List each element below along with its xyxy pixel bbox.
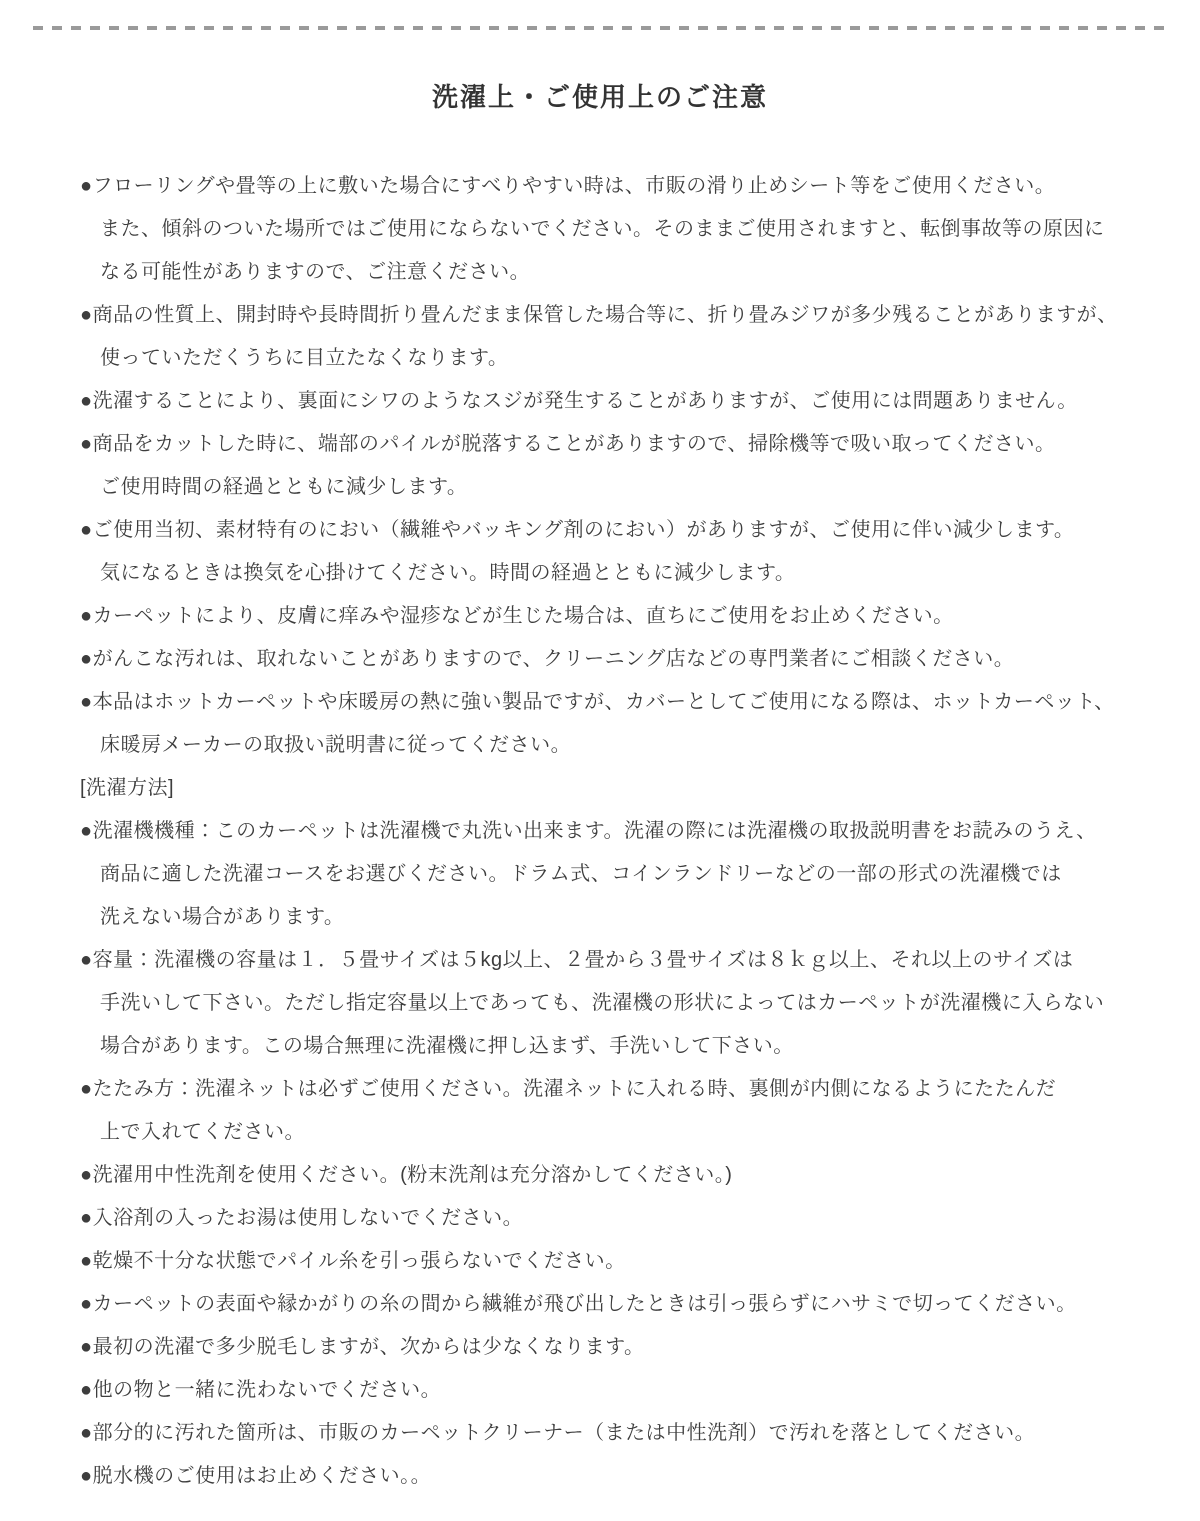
notice-line: ●乾燥不十分な状態でパイル糸を引っ張らないでください。 — [80, 1240, 1170, 1283]
notice-line: ●入浴剤の入ったお湯は使用しないでください。 — [80, 1197, 1170, 1240]
notice-line: また、傾斜のついた場所ではご使用にならないでください。そのままご使用されますと、… — [80, 208, 1170, 251]
notice-line: なる可能性がありますので、ご注意ください。 — [80, 251, 1170, 294]
notice-line: ●洗濯することにより、裏面にシワのようなスジが発生することがありますが、ご使用に… — [80, 380, 1170, 423]
notice-line: ●がんこな汚れは、取れないことがありますので、クリーニング店などの専門業者にご相… — [80, 638, 1170, 681]
notice-line: ●本品はホットカーペットや床暖房の熱に強い製品ですが、カバーとしてご使用になる際… — [80, 681, 1170, 724]
notice-line: 場合があります。この場合無理に洗濯機に押し込まず、手洗いして下さい。 — [80, 1025, 1170, 1068]
notice-line: 使っていただくうちに目立たなくなります。 — [80, 337, 1170, 380]
notice-line: ●容量：洗濯機の容量は１．５畳サイズは５kg以上、２畳から３畳サイズは８ｋｇ以上… — [80, 939, 1170, 982]
notice-line: 上で入れてください。 — [80, 1111, 1170, 1154]
notice-line: ●カーペットにより、皮膚に痒みや湿疹などが生じた場合は、直ちにご使用をお止めくだ… — [80, 595, 1170, 638]
notice-line: ●洗濯用中性洗剤を使用ください。(粉末洗剤は充分溶かしてください。) — [80, 1154, 1170, 1197]
dashed-divider — [33, 26, 1167, 30]
notice-line: ●商品をカットした時に、端部のパイルが脱落することがありますので、掃除機等で吸い… — [80, 423, 1170, 466]
notice-line: 商品に適した洗濯コースをお選びください。ドラム式、コインランドリーなどの一部の形… — [80, 853, 1170, 896]
notice-line: ご使用時間の経過とともに減少します。 — [80, 466, 1170, 509]
notice-line: ●たたみ方：洗濯ネットは必ずご使用ください。洗濯ネットに入れる時、裏側が内側にな… — [80, 1068, 1170, 1111]
notice-line: ●他の物と一緒に洗わないでください。 — [80, 1369, 1170, 1412]
notice-line: 床暖房メーカーの取扱い説明書に従ってください。 — [80, 724, 1170, 767]
care-instructions-page: 洗濯上・ご使用上のご注意 ●フローリングや畳等の上に敷いた場合にすべりやすい時は… — [0, 0, 1200, 1521]
notice-line: ●カーペットの表面や縁かがりの糸の間から繊維が飛び出したときは引っ張らずにハサミ… — [80, 1283, 1170, 1326]
notice-line: ●脱水機のご使用はお止めください。。 — [80, 1455, 1170, 1498]
notice-line: ●ご使用当初、素材特有のにおい（繊維やバッキング剤のにおい）がありますが、ご使用… — [80, 509, 1170, 552]
notice-line: 気になるときは換気を心掛けてください。時間の経過とともに減少します。 — [80, 552, 1170, 595]
notice-line: ●商品の性質上、開封時や長時間折り畳んだまま保管した場合等に、折り畳みジワが多少… — [80, 294, 1170, 337]
notice-line: ●部分的に汚れた箇所は、市販のカーペットクリーナー（または中性洗剤）で汚れを落と… — [80, 1412, 1170, 1455]
notice-line: ●洗濯機機種：このカーペットは洗濯機で丸洗い出来ます。洗濯の際には洗濯機の取扱説… — [80, 810, 1170, 853]
notice-line: ●最初の洗濯で多少脱毛しますが、次からは少なくなります。 — [80, 1326, 1170, 1369]
notice-list: ●フローリングや畳等の上に敷いた場合にすべりやすい時は、市販の滑り止めシート等を… — [80, 165, 1170, 1498]
section-label: [洗濯方法] — [80, 767, 1170, 810]
notice-line: 洗えない場合があります。 — [80, 896, 1170, 939]
notice-line: 手洗いして下さい。ただし指定容量以上であっても、洗濯機の形状によってはカーペット… — [80, 982, 1170, 1025]
page-title: 洗濯上・ご使用上のご注意 — [0, 82, 1200, 113]
notice-line: ●フローリングや畳等の上に敷いた場合にすべりやすい時は、市販の滑り止めシート等を… — [80, 165, 1170, 208]
